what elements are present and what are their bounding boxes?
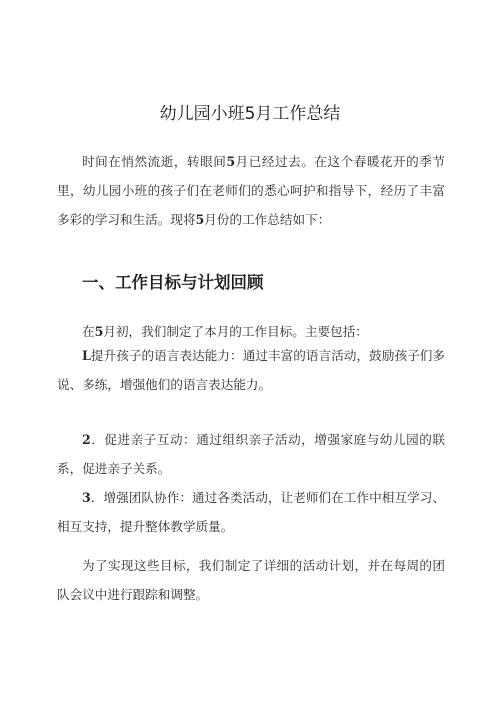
document-title: 幼儿园小班5月工作总结 (0, 100, 500, 128)
intro-text-3: 月份的工作总结如下： (204, 212, 330, 227)
intro-month-2: 5 (196, 212, 205, 227)
goal-item-text: ．促进亲子互动：通过组织亲子活动，增强家庭与幼儿园的联系，促进亲子关系。 (57, 432, 445, 476)
goal-item-marker: L (82, 348, 91, 363)
intro-text-1: 时间在悄然流逝，转眼间 (82, 154, 226, 169)
intro-month-1: 5 (226, 154, 235, 169)
goal-item-text: ．增强团队协作：通过各类活动，让老师们在工作中相互学习、相互支持，提升整体教学质… (57, 490, 445, 534)
goals-intro-text-1: 在 (82, 324, 95, 339)
goal-item-1: L提升孩子的语言表达能力：通过丰富的语言活动，鼓励孩子们多说、多练，增强他们的语… (57, 341, 445, 399)
document-page: 幼儿园小班5月工作总结 时间在悄然流逝，转眼间5月已经过去。在这个春暖花开的季节… (0, 0, 500, 707)
goal-item-2: 2．促进亲子互动：通过组织亲子活动，增强家庭与幼儿园的联系，促进亲子关系。 (57, 425, 445, 483)
plan-paragraph: 为了实现这些目标，我们制定了详细的活动计划，并在每周的团队会议中进行跟踪和调整。 (57, 551, 445, 609)
intro-paragraph: 时间在悄然流逝，转眼间5月已经过去。在这个春暖花开的季节里，幼儿园小班的孩子们在… (57, 147, 445, 234)
goal-item-text: 提升孩子的语言表达能力：通过丰富的语言活动，鼓励孩子们多说、多练，增强他们的语言… (57, 348, 445, 392)
section-heading-goals: 一、工作目标与计划回顾 (82, 268, 264, 298)
goals-intro-text-2: 月初，我们制定了本月的工作目标。主要包括： (103, 324, 367, 339)
goal-item-marker: 2 (82, 432, 91, 447)
goal-item-3: 3．增强团队协作：通过各类活动，让老师们在工作中相互学习、相互支持，提升整体教学… (57, 483, 445, 541)
goal-item-marker: 3 (82, 490, 91, 505)
